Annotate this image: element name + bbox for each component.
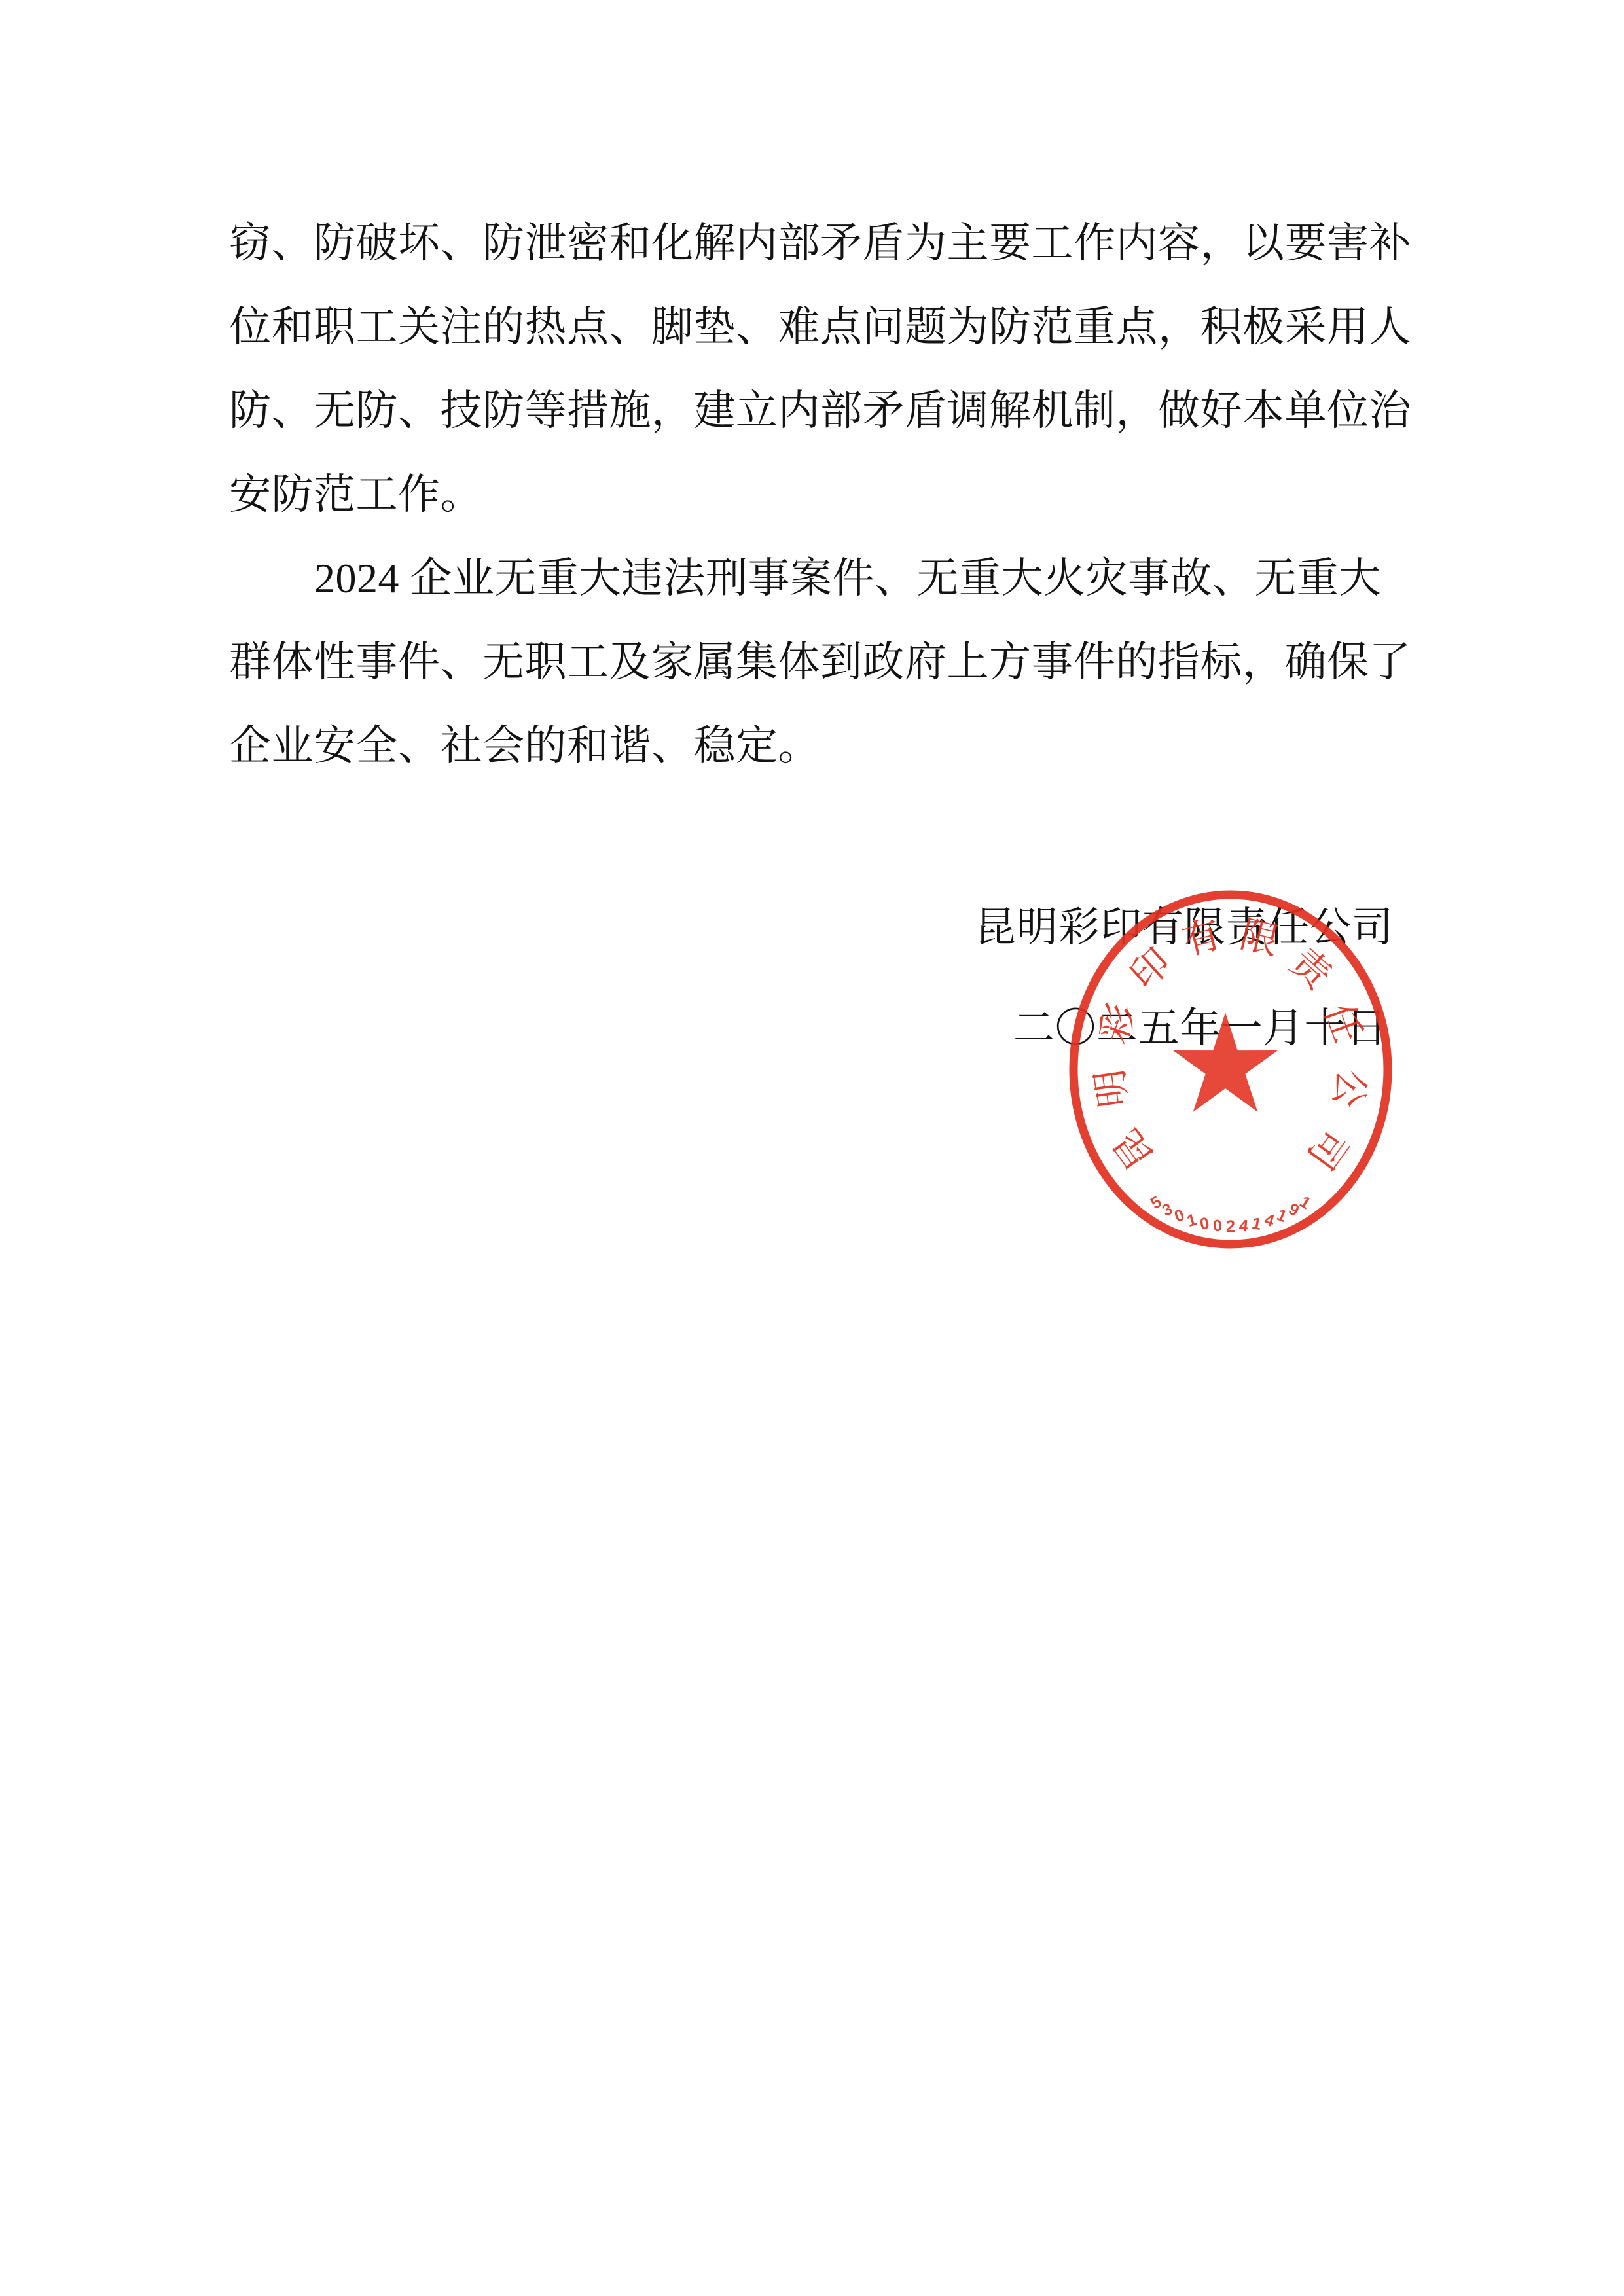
- seal-serial-digit: 0: [1172, 1206, 1187, 1226]
- seal-serial-digit: 9: [1286, 1200, 1302, 1220]
- seal-serial-number: 5301002414191: [1147, 1193, 1314, 1236]
- document-page: 窃、防破坏、防泄密和化解内部矛盾为主要工作内容，以要害补 位和职工关注的热点、脚…: [0, 0, 1624, 2296]
- seal-serial-digit: 1: [1274, 1206, 1290, 1226]
- signature-date: 二〇二五年一月十日: [1013, 1008, 1388, 1049]
- seal-arc-char: 公: [1326, 1067, 1373, 1110]
- signature-company: 昆明彩印有限责任公司: [975, 907, 1394, 948]
- seal-serial-digit: 5: [1147, 1193, 1165, 1213]
- seal-serial-digit: 4: [1238, 1216, 1250, 1235]
- seal-serial-digit: 3: [1159, 1200, 1176, 1220]
- body-line: 防、无防、技防等措施，建立内部矛盾调解机制，做好本单位治: [229, 390, 1414, 432]
- body-line: 2024 企业无重大违法刑事案件、无重大火灾事故、无重大: [314, 558, 1499, 600]
- seal-serial-digit: 2: [1226, 1217, 1235, 1236]
- seal-serial-digit: 1: [1297, 1193, 1314, 1213]
- seal-serial-digit: 4: [1263, 1210, 1276, 1230]
- body-line: 位和职工关注的热点、脚垫、难点问题为防范重点，积极采用人: [229, 306, 1414, 348]
- seal-serial-digit: 1: [1250, 1214, 1263, 1234]
- seal-arc-char: 昆: [1106, 1121, 1163, 1177]
- seal-arc-char: 明: [1089, 1067, 1136, 1110]
- seal-serial-digit: 0: [1212, 1216, 1223, 1235]
- body-line: 群体性事件、无职工及家属集体到政府上方事件的指标，确保了: [229, 641, 1414, 683]
- seal-serial-digit: 1: [1185, 1210, 1199, 1230]
- body-line: 企业安全、社会的和谐、稳定。: [229, 725, 1414, 767]
- body-line: 窃、防破坏、防泄密和化解内部矛盾为主要工作内容，以要害补: [229, 223, 1414, 264]
- body-line: 安防范工作。: [229, 474, 1414, 516]
- seal-serial-digit: 0: [1199, 1214, 1211, 1234]
- seal-arc-char: 司: [1299, 1121, 1356, 1177]
